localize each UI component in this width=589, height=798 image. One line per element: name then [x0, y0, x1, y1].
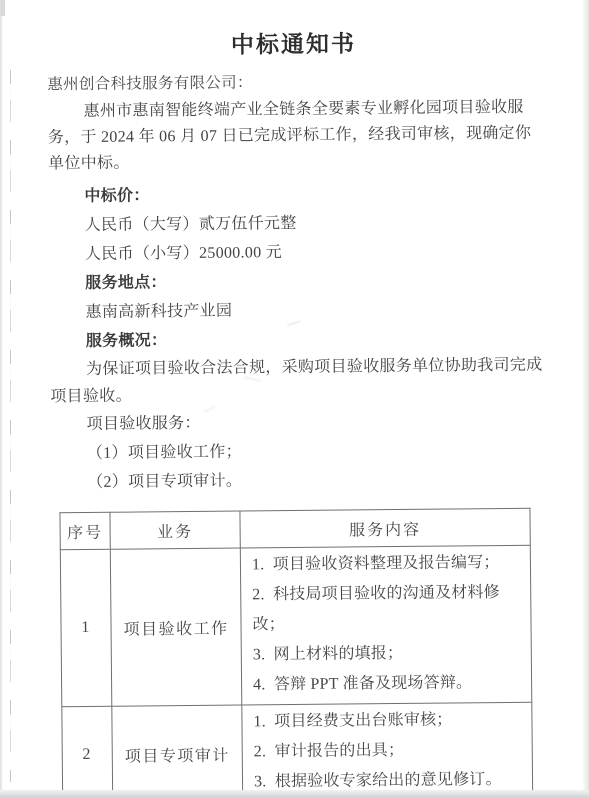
table-row: 2 项目专项审计 1. 项目经费支出台账审核； 2. 审计报告的出具； 3. 根…: [62, 702, 533, 798]
page-edge-left: [0, 0, 3, 798]
intro-paragraph: 惠州市惠南智能终端产业全链条全要素专业孵化园项目验收服 务，于 2024 年 0…: [47, 95, 541, 178]
service-content-table: 序号 业务 服务内容 1 项目验收工作 1. 项目验收资料整理及报告编写； 2.…: [59, 508, 533, 798]
row-business: 项目专项审计: [112, 705, 243, 798]
document-title: 中标通知书: [47, 24, 540, 62]
scan-artifact-line: [10, 70, 11, 782]
column-header-content: 服务内容: [240, 508, 530, 548]
row-number: 2: [62, 706, 113, 798]
service-location-label: 服务地点：: [49, 265, 542, 299]
price-label: 中标价：: [48, 178, 541, 212]
row-business: 项目验收工作: [110, 548, 242, 706]
column-header-no: 序号: [60, 512, 110, 549]
price-in-words: 人民币（大写）贰万伍仟元整: [49, 207, 542, 241]
service-content-item: 1. 项目验收资料整理及报告编写；: [252, 548, 524, 581]
service-content-item: 3. 网上材料的填报；: [253, 638, 525, 671]
service-content-item: 2. 审计报告的出具；: [254, 735, 526, 768]
table-row: 1 项目验收工作 1. 项目验收资料整理及报告编写； 2. 科技局项目验收的沟通…: [60, 545, 531, 707]
acceptance-services-label: 项目验收服务：: [50, 406, 543, 440]
service-overview-text: 为保证项目验收合法合规，采购项目验收服务单位协助我司完成 项目验收。: [50, 352, 543, 411]
row-service-content: 1. 项目验收资料整理及报告编写； 2. 科技局项目验收的沟通及材料修改； 3.…: [240, 545, 531, 705]
scanned-document-page: 中标通知书 惠州创合科技服务有限公司： 惠州市惠南智能终端产业全链条全要素专业孵…: [0, 0, 589, 798]
service-content-item: 4. 答辩 PPT 准备及现场答辩。: [253, 668, 525, 701]
column-header-business: 业务: [110, 511, 240, 549]
row-service-content: 1. 项目经费支出台账审核； 2. 审计报告的出具； 3. 根据验收专家给出的意…: [242, 702, 533, 798]
document-sheet: 中标通知书 惠州创合科技服务有限公司： 惠州市惠南智能终端产业全链条全要素专业孵…: [0, 0, 589, 798]
service-content-item: 2. 科技局项目验收的沟通及材料修改；: [252, 578, 525, 641]
page-edge-bottom: [0, 790, 589, 798]
price-in-figures: 人民币（小写）25000.00 元: [49, 236, 542, 270]
row-number: 1: [60, 549, 112, 706]
table-header-row: 序号 业务 服务内容: [60, 508, 530, 550]
page-edge-right: [582, 0, 589, 798]
service-item-2: （2）项目专项审计。: [51, 464, 544, 498]
service-content-item: 1. 项目经费支出台账审核；: [253, 705, 525, 738]
service-item-1: （1）项目验收工作；: [51, 435, 544, 469]
